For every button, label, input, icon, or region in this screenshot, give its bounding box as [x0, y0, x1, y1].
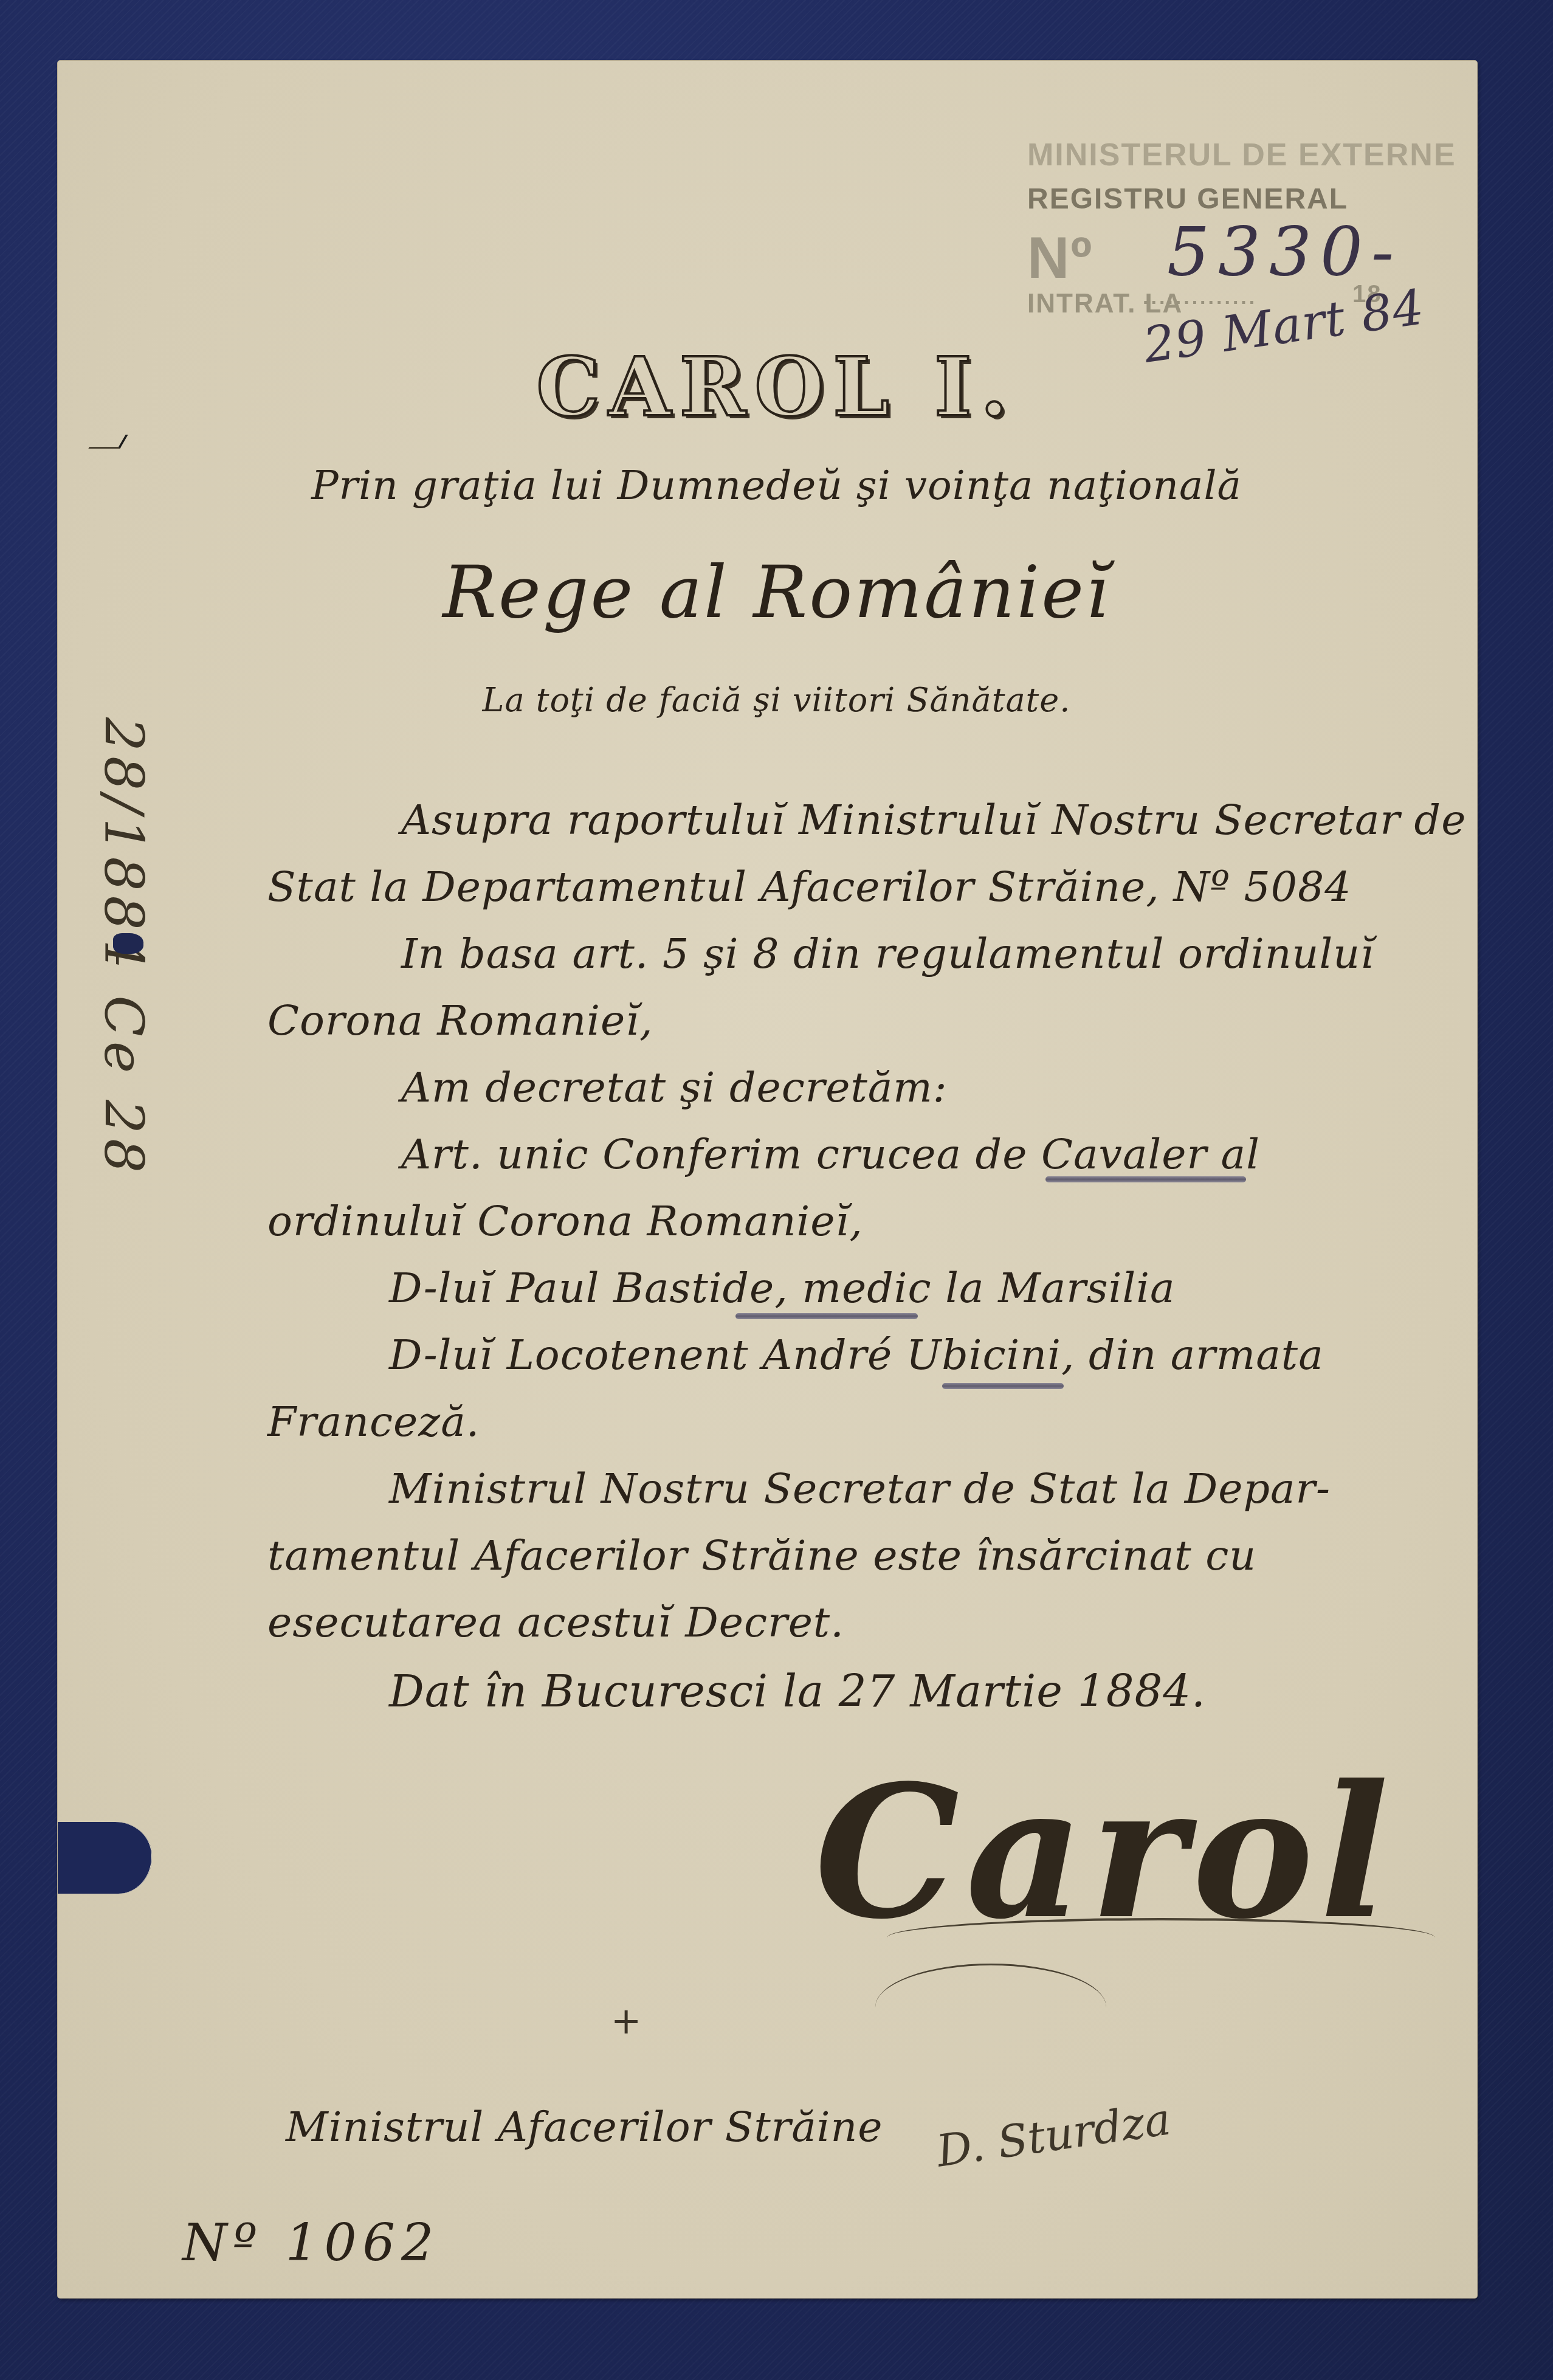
signature-flourish	[875, 1964, 1106, 2051]
body-line-date: Dat în Bucuresci la 27 Martie 1884.	[389, 1666, 1206, 1717]
pencil-underline-cavaler	[1045, 1176, 1246, 1182]
body-line: tamentul Afacerilor Străine este însărci…	[267, 1532, 1256, 1580]
punch-hole	[113, 933, 143, 954]
body-line: Stat la Departamentul Afacerilor Străine…	[267, 863, 1352, 911]
body-line: D-luĭ Paul Bastide, medic la Marsilia	[389, 1264, 1176, 1312]
body-line: ordinuluĭ Corona Romanieĭ,	[267, 1198, 863, 1246]
page-title: CAROL I.	[0, 340, 1553, 435]
signature-flourish	[887, 1918, 1434, 1957]
header-by-grace: Prin graţia lui Dumnedeŭ şi voinţa naţio…	[0, 462, 1553, 509]
countersign-label: Ministrul Afacerilor Străine	[286, 2103, 883, 2151]
body-line: Asupra raportuluĭ Ministruluĭ Nostru Sec…	[401, 796, 1466, 844]
cross-mark: +	[611, 2000, 641, 2043]
stamp-number-value: 5330-	[1167, 213, 1402, 291]
pencil-underline-ubicini	[942, 1383, 1064, 1389]
stamp-registry-line: REGISTRU GENERAL	[1027, 182, 1348, 216]
body-line: Art. unic Conferim crucea de Cavaler al	[401, 1131, 1260, 1179]
header-greeting: La toţi de faciă şi viitori Sănătate.	[0, 681, 1553, 719]
header-king-of-romania: Rege al Românieĭ	[0, 550, 1553, 634]
document-number: Nº 1062	[182, 2213, 439, 2272]
stamp-number-label: Nº	[1027, 225, 1093, 292]
body-line: Am decretat şi decretăm:	[401, 1064, 948, 1112]
body-line: Ministrul Nostru Secretar de Stat la Dep…	[389, 1465, 1331, 1513]
stamp-ministry-line: MINISTERUL DE EXTERNE	[1027, 137, 1456, 173]
body-line: Corona Romanieĭ,	[267, 997, 653, 1045]
body-line: D-luĭ Locotenent André Ubicini, din arma…	[389, 1331, 1324, 1379]
body-line: Franceză.	[267, 1398, 480, 1446]
body-line: esecutarea acestuĭ Decret.	[267, 1599, 844, 1647]
pencil-underline-bastide	[735, 1313, 918, 1319]
paper-notch	[58, 1822, 152, 1894]
body-line: In basa art. 5 şi 8 din regulamentul ord…	[401, 930, 1374, 978]
